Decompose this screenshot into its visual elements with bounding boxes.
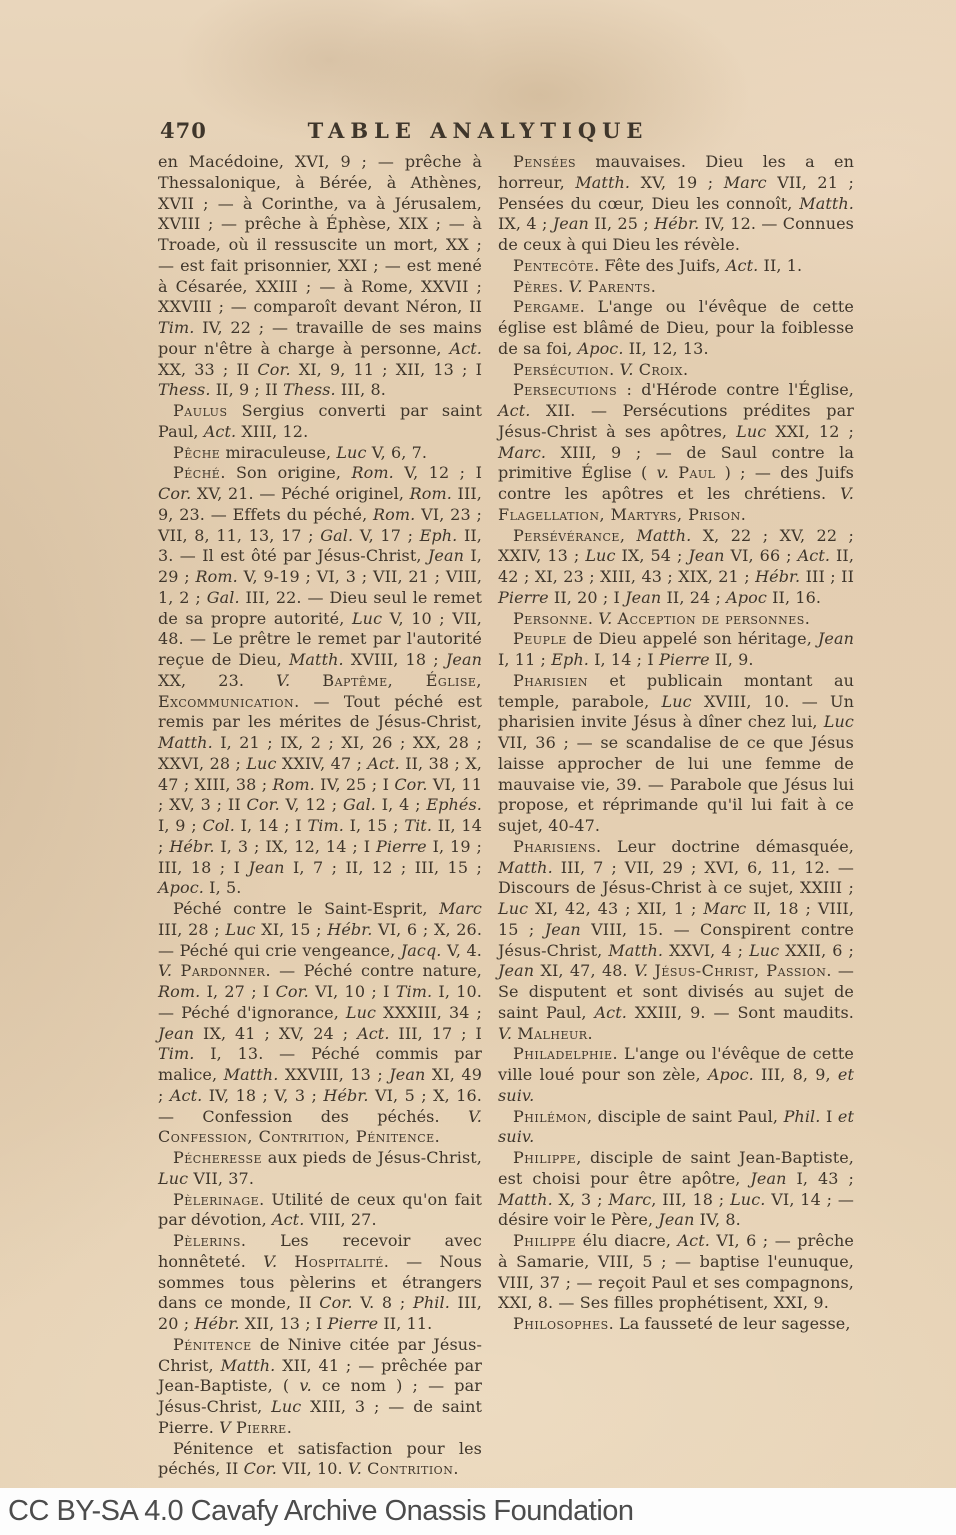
- index-entry: Philémon, disciple de saint Paul, Phil. …: [498, 1107, 854, 1149]
- index-entry: Persécution. V. Croix.: [498, 360, 854, 381]
- index-entry: Persecutions : d'Hérode contre l'Église,…: [498, 380, 854, 525]
- index-entry: Philosophes. La fausseté de leur sagesse…: [498, 1314, 854, 1335]
- index-entry: Peuple de Dieu appelé son héritage, Jean…: [498, 629, 854, 671]
- index-entry: Péché. Son origine, Rom. V, 12 ; I Cor. …: [158, 463, 482, 899]
- index-entry: Pénitence et satisfaction pour les péché…: [158, 1439, 482, 1481]
- index-entry: Pécheresse aux pieds de Jésus-Christ, Lu…: [158, 1148, 482, 1190]
- index-entry: Pharisiens. Leur doctrine démasquée, Mat…: [498, 837, 854, 1045]
- license-bar: CC BY-SA 4.0 Cavafy Archive Onassis Foun…: [0, 1488, 956, 1535]
- index-entry: Pèlerins. Les recevoir avec honnêteté. V…: [158, 1231, 482, 1335]
- index-entry: Pharisien et publicain montant au temple…: [498, 671, 854, 837]
- index-entry: Pèlerinage. Utilité de ceux qu'on fait p…: [158, 1190, 482, 1232]
- scanned-book-page: 470 TABLE ANALYTIQUE en Macédoine, XVI, …: [0, 0, 956, 1535]
- running-head: 470 TABLE ANALYTIQUE: [0, 118, 956, 148]
- index-entry: Personne. V. Acception de personnes.: [498, 609, 854, 630]
- column-left: en Macédoine, XVI, 9 ; — prêche à Thessa…: [158, 152, 482, 1480]
- index-entry: Pénitence de Ninive citée par Jésus-Chri…: [158, 1335, 482, 1439]
- column-right: Pensées mauvaises. Dieu les a en horreur…: [498, 152, 854, 1480]
- index-entry: Pensées mauvaises. Dieu les a en horreur…: [498, 152, 854, 256]
- index-entry: Paulus Sergius converti par saint Paul, …: [158, 401, 482, 443]
- page-title: TABLE ANALYTIQUE: [0, 118, 956, 143]
- index-entry: Philippe élu diacre, Act. VI, 6 ; — prêc…: [498, 1231, 854, 1314]
- index-entry: Persévérance, Matth. X, 22 ; XV, 22 ; XX…: [498, 526, 854, 609]
- license-text: CC BY-SA 4.0 Cavafy Archive Onassis Foun…: [0, 1495, 634, 1528]
- index-entry: Philippe, disciple de saint Jean-Baptist…: [498, 1148, 854, 1231]
- index-entry: Philadelphie. L'ange ou l'évêque de cett…: [498, 1044, 854, 1106]
- index-entry: Pêche miraculeuse, Luc V, 6, 7.: [158, 443, 482, 464]
- index-entry: Pères. V. Parents.: [498, 277, 854, 298]
- index-entry: en Macédoine, XVI, 9 ; — prêche à Thessa…: [158, 152, 482, 401]
- index-text-block: en Macédoine, XVI, 9 ; — prêche à Thessa…: [158, 152, 854, 1480]
- index-entry: Pentecôte. Fête des Juifs, Act. II, 1.: [498, 256, 854, 277]
- index-entry: Péché contre le Saint-Esprit, Marc III, …: [158, 899, 482, 1148]
- index-entry: Pergame. L'ange ou l'évêque de cette égl…: [498, 297, 854, 359]
